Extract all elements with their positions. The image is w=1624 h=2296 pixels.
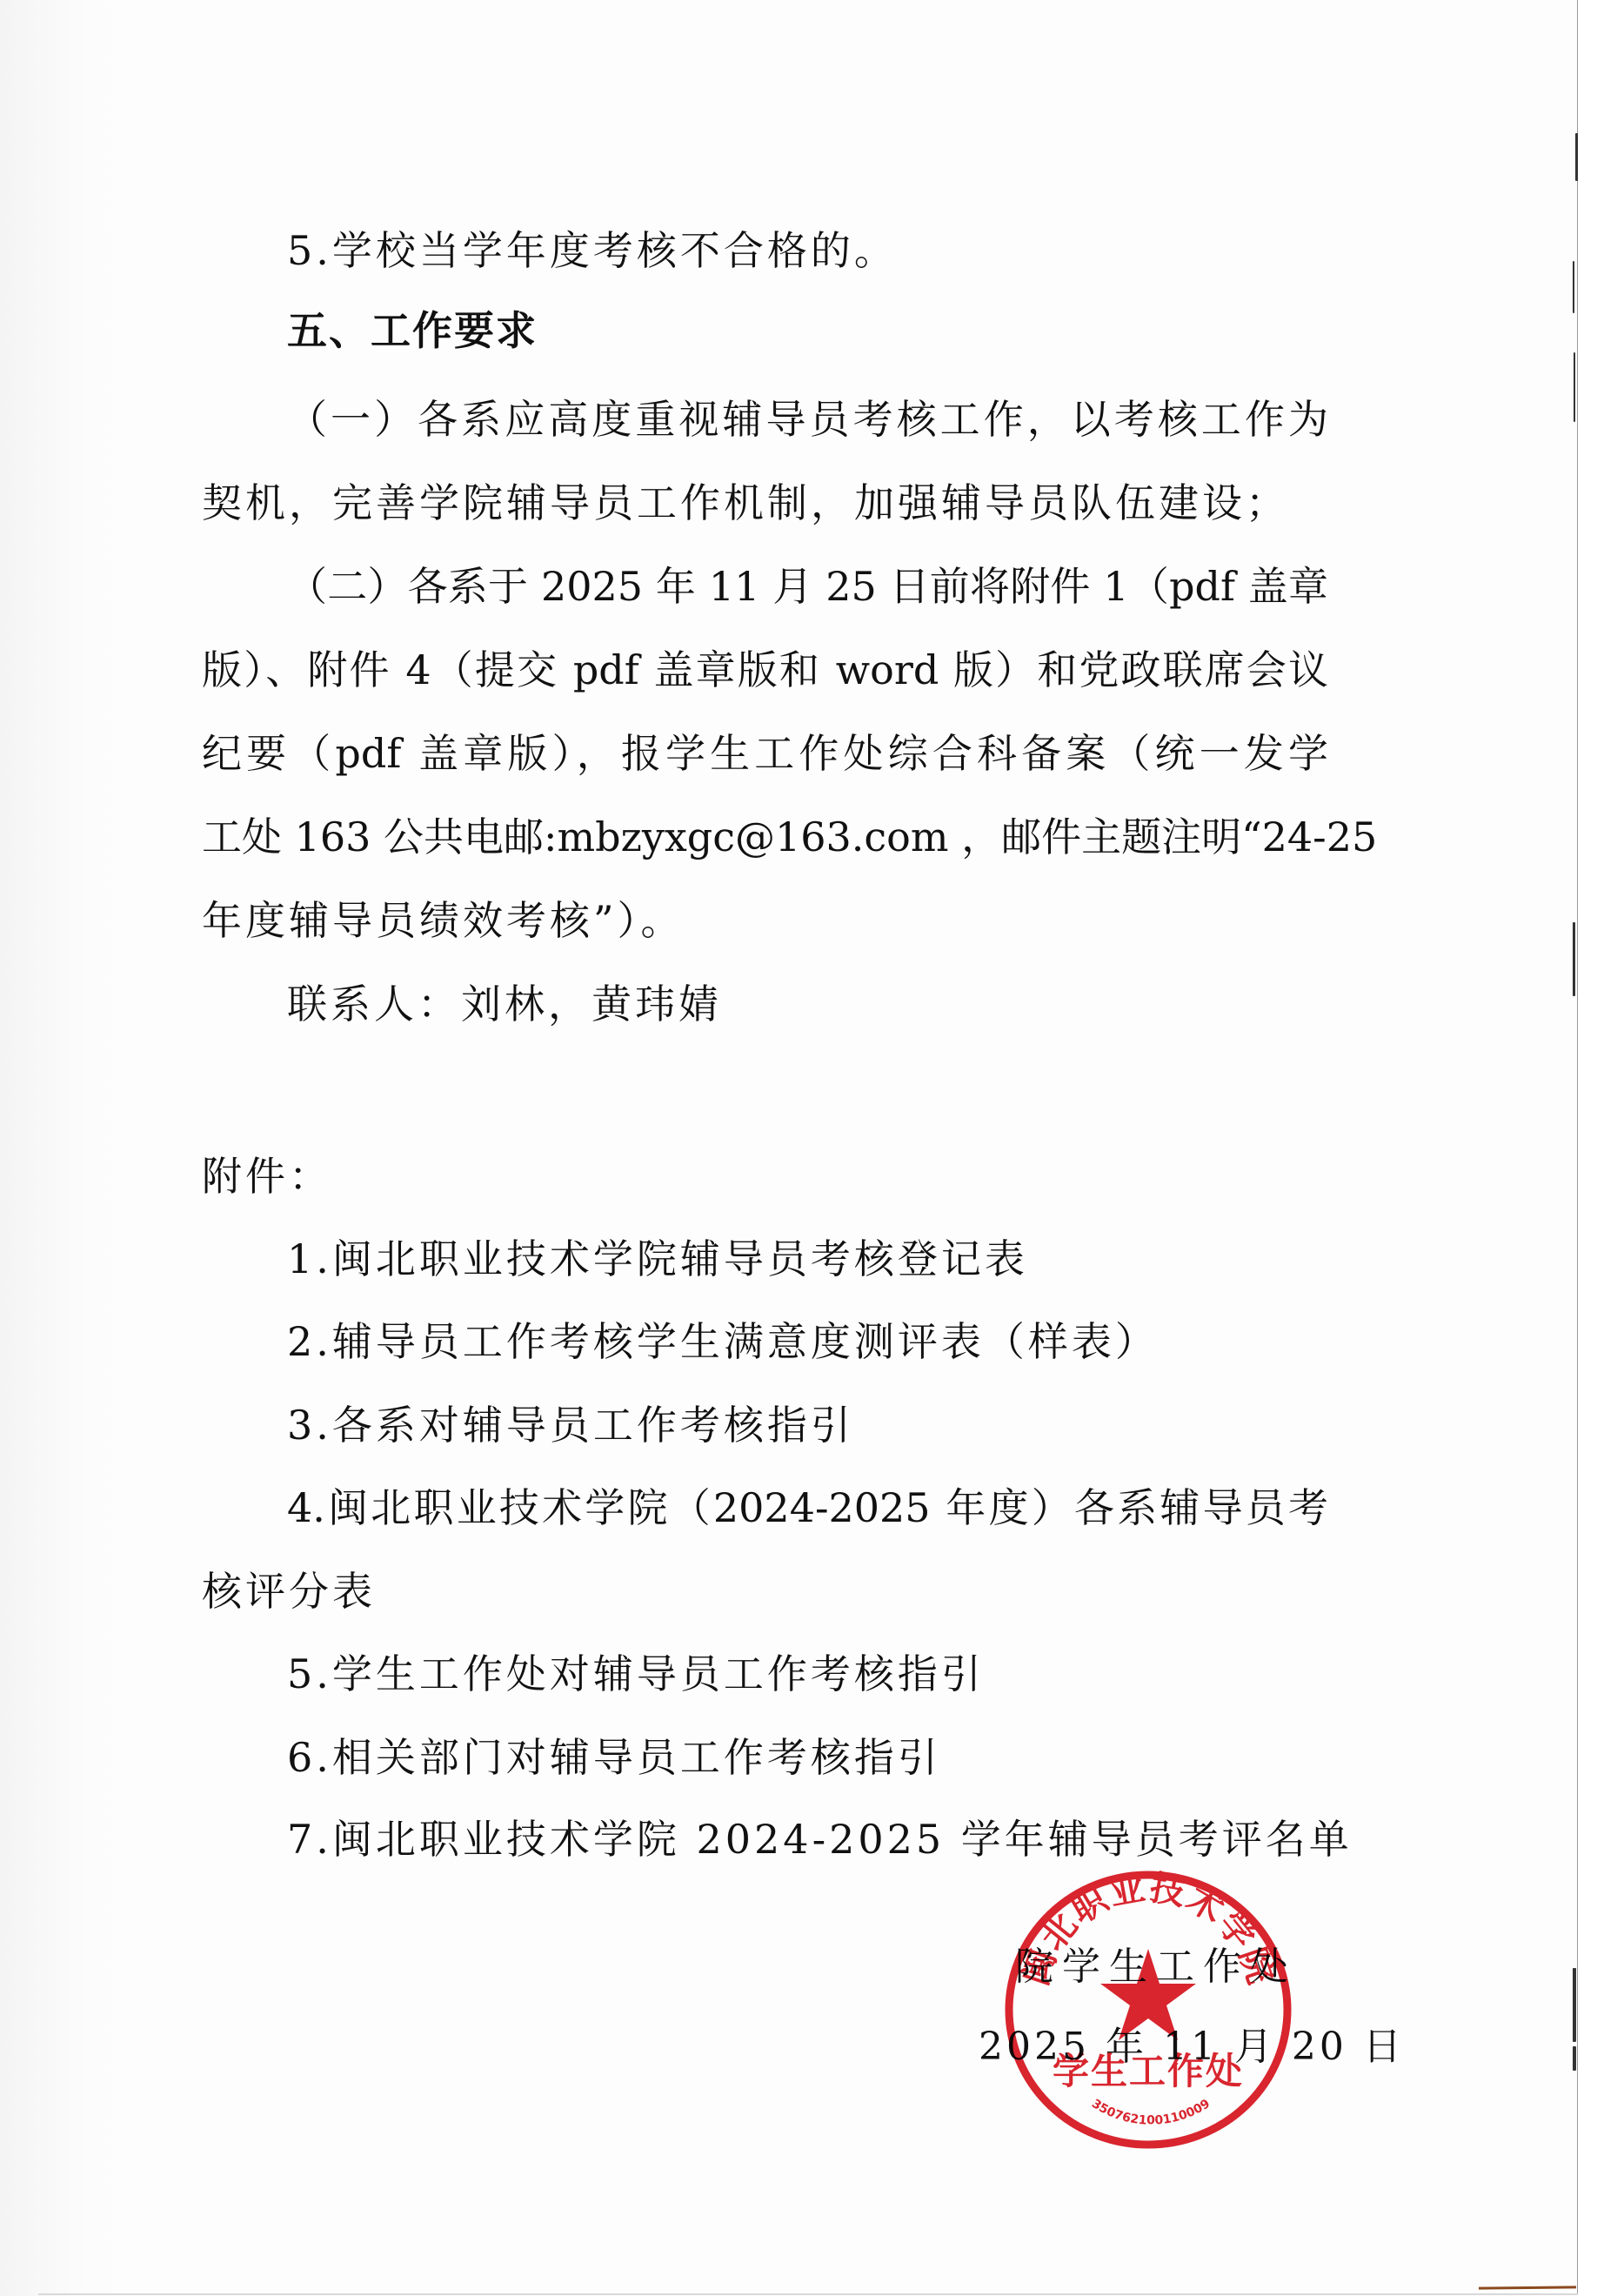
scan-mark	[1573, 261, 1574, 313]
requirement-2-line-2: 版）、附件 4（提交 pdf 盖章版和 word 版）和党政联席会议	[202, 644, 1328, 696]
page-right-edge	[1577, 0, 1578, 2293]
scan-mark	[1573, 922, 1575, 996]
attachment-item-4: 4.闽北职业技术学院（2024-2025 年度）各系辅导员考	[287, 1482, 1328, 1534]
attachment-item-4-continued: 核评分表	[202, 1565, 376, 1617]
requirement-1-line-2: 契机，完善学院辅导员工作机制，加强辅导员队伍建设；	[202, 477, 1289, 529]
scan-mark	[1573, 2046, 1576, 2071]
scan-mark	[1575, 133, 1578, 181]
official-seal-icon: 闽北职业技术学院 学生工作处 350762100110009	[1000, 1866, 1296, 2153]
attachment-item-7: 7.闽北职业技术学院 2024-2025 学年辅导员考评名单	[287, 1813, 1353, 1865]
attachments-label: 附件：	[202, 1150, 332, 1202]
scan-mark	[1573, 1968, 1576, 2042]
contact-persons: 联系人：刘林，黄玮婧	[287, 978, 722, 1030]
requirement-2-line-1: （二）各系于 2025 年 11 月 25 日前将附件 1（pdf 盖章	[287, 560, 1328, 612]
section-heading: 五、工作要求	[287, 305, 538, 357]
requirement-1-line-1: （一）各系应高度重视辅导员考核工作，以考核工作为	[287, 393, 1328, 445]
page-corner-edge	[1479, 2286, 1576, 2289]
scan-mark	[1574, 352, 1575, 422]
scan-shadow	[0, 0, 122, 2296]
attachment-item-1: 1.闽北职业技术学院辅导员考核登记表	[287, 1233, 1028, 1285]
attachment-item-5: 5.学生工作处对辅导员工作考核指引	[287, 1648, 985, 1700]
requirement-2-line-3: 纪要（pdf 盖章版），报学生工作处综合科备案（统一发学	[202, 727, 1328, 780]
attachment-item-2: 2.辅导员工作考核学生满意度测评表（样表）	[287, 1315, 1159, 1368]
svg-text:350762100110009: 350762100110009	[1089, 2097, 1213, 2128]
requirement-2-line-4: 工处 163 公共电邮:mbzyxgc@163.com ，邮件主题注明“24-2…	[202, 811, 1328, 863]
seal-code: 350762100110009	[1089, 2097, 1213, 2128]
right-margin	[1578, 0, 1624, 2296]
attachment-item-3: 3.各系对辅导员工作考核指引	[287, 1399, 854, 1451]
attachment-item-6: 6.相关部门对辅导员工作考核指引	[287, 1731, 941, 1784]
list-item-5: 5.学校当学年度考核不合格的。	[287, 224, 898, 277]
requirement-2-line-5: 年度辅导员绩效考核”）。	[202, 894, 685, 947]
seal-inner-text: 学生工作处	[1053, 2050, 1244, 2092]
page-bottom-edge	[38, 2293, 1578, 2295]
